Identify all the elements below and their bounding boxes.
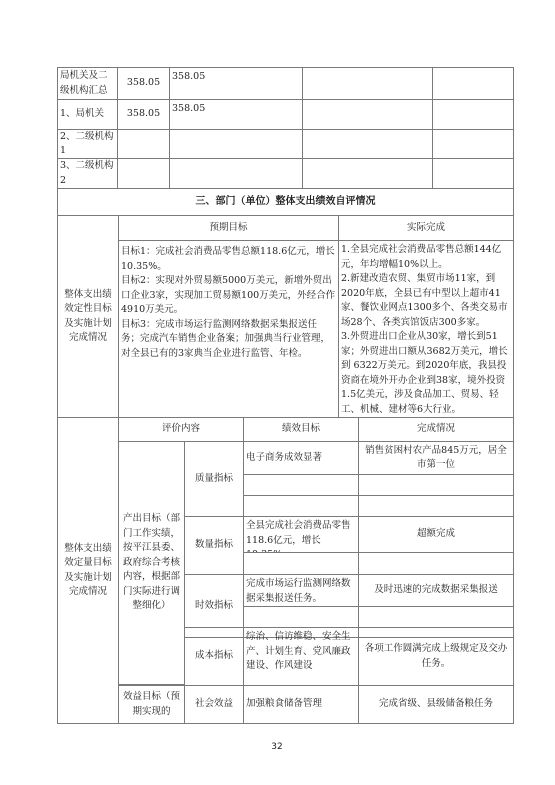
- budget-row-value: [117, 129, 170, 159]
- budget-row-label: 局机关及二级机构汇总: [57, 67, 118, 100]
- output-target-label: 产出目标（部门工作实绩，按平江县委、政府综合考核内容，根据部门实际进行调整细化）: [118, 441, 185, 685]
- indicator-target: 全县完成社会消费品零售118.6亿元，增长10.35%。: [243, 516, 359, 553]
- indicator-target: 完成市场运行监测网络数据采集报送任务。: [243, 574, 359, 607]
- budget-row-label: 1、局机关: [57, 99, 118, 130]
- indicator-result: [358, 474, 514, 496]
- indicator-cost: 成本指标: [184, 627, 244, 686]
- indicator-target: [243, 474, 359, 496]
- budget-row-value: [302, 129, 433, 159]
- budget-row-value: [302, 67, 433, 100]
- actual-completion-text: 1.全县完成社会消费品零售总额144亿元，年均增幅10%以上。 2.新建改造农贸…: [338, 240, 514, 418]
- budget-row-value: [117, 158, 170, 189]
- budget-row-value: [169, 129, 303, 159]
- budget-row-value: [302, 99, 433, 130]
- indicator-result: [358, 552, 514, 575]
- quantitative-row-label: 整体支出绩效定量目标及实施计划完成情况: [57, 417, 119, 724]
- indicator-result: [358, 495, 514, 517]
- indicator-social-benefit: 社会效益: [184, 685, 244, 724]
- indicator-quantity: 数量指标: [184, 516, 244, 575]
- budget-row-value: [302, 158, 433, 189]
- indicator-result: 销售贫困村农产品845万元，居全市第一位: [358, 441, 514, 475]
- indicator-quality: 质量指标: [184, 441, 244, 517]
- header-expected-target: 预期目标: [118, 215, 339, 241]
- budget-row-label: 3、二级机构 2: [57, 158, 118, 189]
- benefit-target-label: 效益目标（预期实现的: [118, 685, 185, 724]
- indicator-target: 综治、信访维稳、安全生产、计划生育、党风廉政建设、作风建设: [243, 627, 359, 686]
- budget-row-label: 2、二级机构 1: [57, 129, 118, 159]
- budget-row-value: [432, 67, 514, 100]
- budget-row-value: [169, 158, 303, 189]
- qualitative-row-label: 整体支出绩效定性目标及实施计划完成情况: [57, 215, 119, 418]
- header-eval-content: 评价内容: [118, 417, 244, 442]
- expected-target-text: 目标1：完成社会消费品零售总额118.6亿元，增长10.35%。 目标2：实现对…: [118, 240, 339, 418]
- section-title: 三、部门（单位）整体支出绩效自评情况: [57, 188, 514, 216]
- budget-row-value: 358.05: [169, 67, 303, 100]
- indicator-target: [243, 552, 359, 575]
- indicator-result: 及时迅速的完成数据采集报送: [358, 574, 514, 607]
- budget-row-value: 358.05: [117, 99, 170, 130]
- indicator-result: 各项工作圆满完成上级规定及交办任务。: [358, 627, 514, 686]
- document-page: 局机关及二级机构汇总 358.05 358.05 1、局机关 358.05 35…: [0, 0, 555, 785]
- header-perf-target: 绩效目标: [243, 417, 359, 442]
- indicator-target: 加强粮食储备管理: [243, 685, 359, 724]
- indicator-result: 完成省级、县级储备粮任务: [358, 685, 514, 724]
- budget-row-value: 358.05: [117, 67, 170, 100]
- budget-row-value: [432, 129, 514, 159]
- indicator-target: 电子商务成效显著: [243, 441, 359, 475]
- budget-row-value: [432, 99, 514, 130]
- page-number: 32: [262, 742, 292, 752]
- budget-row-value: [432, 158, 514, 189]
- header-actual-completion: 实际完成: [338, 215, 514, 241]
- header-completion: 完成情况: [358, 417, 514, 442]
- indicator-result: 超额完成: [358, 516, 514, 553]
- budget-row-value: 358.05: [169, 99, 303, 130]
- indicator-target: [243, 495, 359, 517]
